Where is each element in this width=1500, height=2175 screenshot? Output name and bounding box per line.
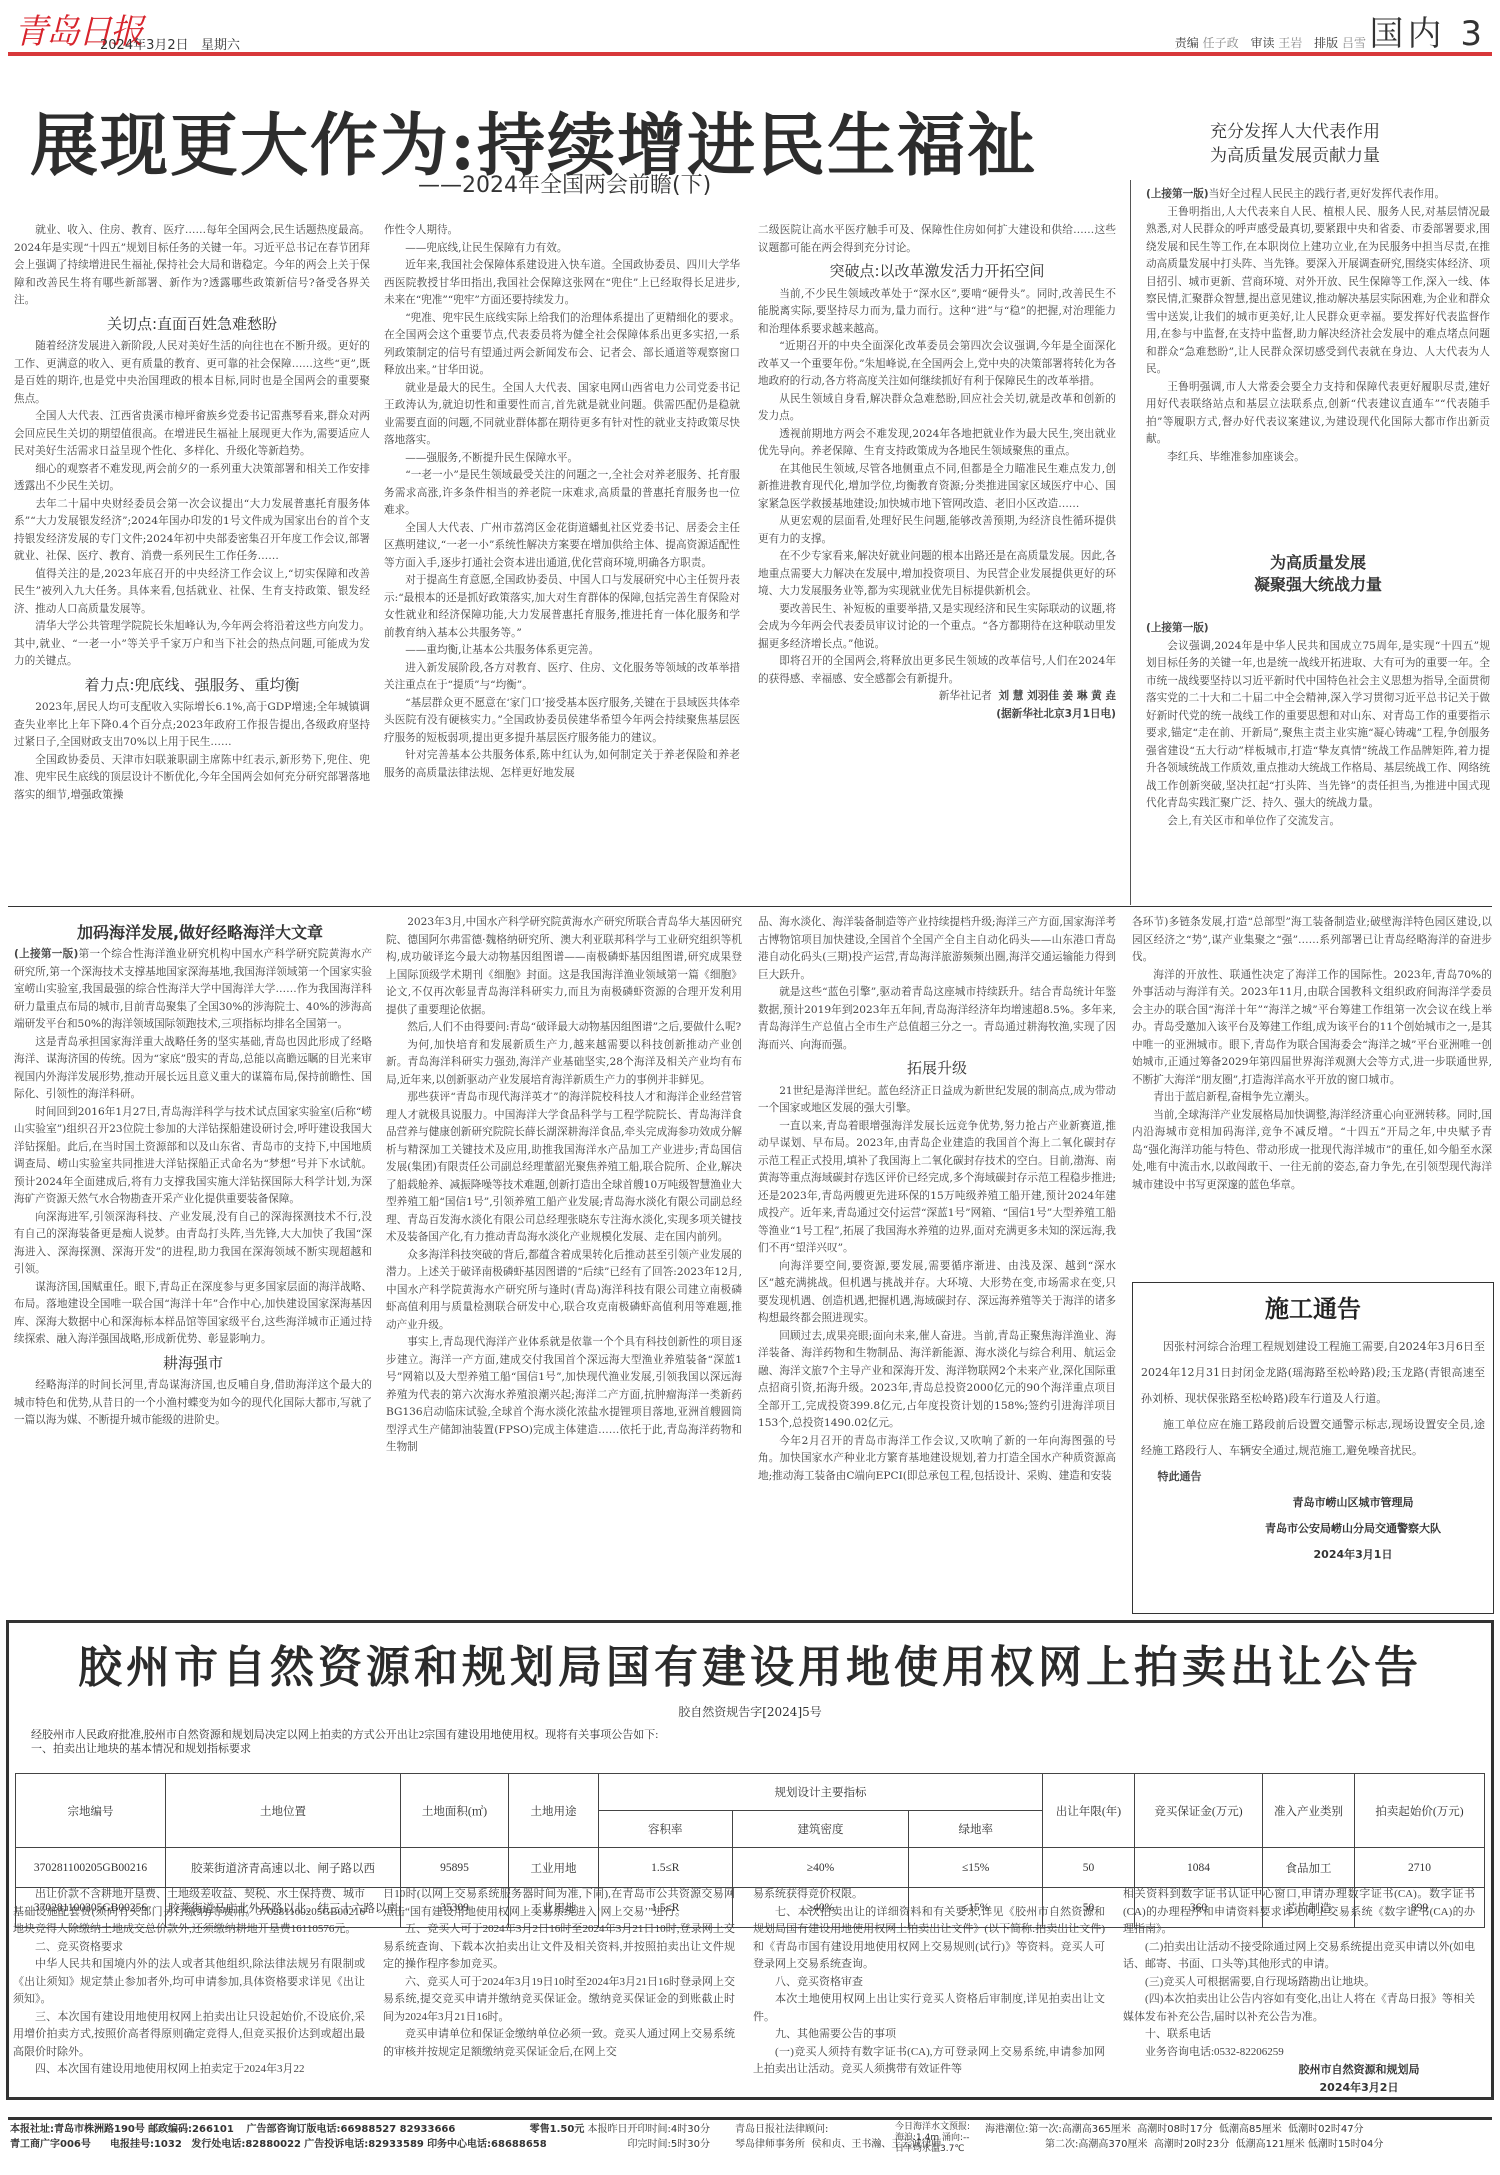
document-number: 胶自然资规告字[2024]5号 — [9, 1703, 1491, 1720]
auction-column-3: 易系统获得竞价权限。 七、本次拍卖出让的详细资料和有关要求,详见《胶州市自然资源… — [753, 1886, 1105, 2079]
side-article-body: (上接第一版)当好全过程人民民主的践行者,更好发挥代表作用。 王鲁明指出,人大代… — [1146, 186, 1490, 526]
subsection-heading: 关切点:直面百姓急难愁盼 — [14, 316, 370, 334]
land-auction-notice: 胶州市自然资源和规划局国有建设用地使用权网上拍卖出让公告 胶自然资规告字[202… — [6, 1620, 1494, 2100]
masthead: 青岛日报 2024年3月2日 星期六 责编 任子政 审读 王岩 排版 吕雪 国内… — [8, 0, 1492, 56]
issue-date: 2024年3月2日 星期六 — [100, 34, 240, 53]
construction-notice: 施工通告 因张村河综合治理工程规划建设工程施工需要,自2024年3月6日至202… — [1132, 1282, 1494, 1614]
united-front-title: 为高质量发展 凝聚强大统战力量 — [1146, 552, 1490, 596]
dateline: (据新华社北京3月1日电) — [758, 706, 1116, 724]
subsection-heading: 着力点:兜底线、强服务、重均衡 — [14, 677, 370, 695]
contact-phone: 业务咨询电话:0532-82206259 — [1123, 2044, 1475, 2062]
editor-credits: 责编 任子政 审读 王岩 排版 吕雪 — [1175, 34, 1374, 51]
notice-title: 施工通告 — [1141, 1289, 1485, 1324]
footer-rule — [8, 2117, 1492, 2120]
lead-column-3: 二级医院让高水平医疗触手可及、保障性住房如何扩大建设和供给……这些议题都可能在两… — [758, 222, 1116, 902]
subsection-heading: 拓展升级 — [758, 1060, 1116, 1078]
ocean-column-1: (上接第一版)第一个综合性海洋渔业研究机构中国水产科学研究院黄海水产研究所,第一… — [14, 946, 372, 1606]
lead-column-1: 就业、收入、住房、教育、医疗……每年全国两会,民生话题热度最高。2024年是实现… — [14, 222, 370, 902]
ocean-column-2: 2023年3月,中国水产科学研究院黄海水产研究所联合青岛华大基因研究院、德国阿尔… — [386, 914, 742, 1606]
section-label: 国内 3 — [1370, 6, 1486, 55]
ocean-column-4: 各环节)多链条发展,打造“总部型”海工装备制造业;破壁海洋特色园区建设,以园区经… — [1132, 914, 1492, 1274]
footer-publisher-info: 本报社址:青岛市株洲路190号 邮政编码:266101 广告部咨询订版电话:66… — [10, 2122, 547, 2152]
column-divider — [1130, 180, 1131, 905]
lead-column-2: 作性令人期待。 ——兜底线,让民生保障有力有效。 近年来,我国社会保障体系建设进… — [384, 222, 740, 902]
auction-title: 胶州市自然资源和规划局国有建设用地使用权网上拍卖出让公告 — [9, 1631, 1491, 1695]
auction-column-4: 相关资料到数字证书认证中心窗口,申请办理数字证书(CA)。数字证书(CA)的办理… — [1123, 1886, 1475, 2096]
auction-column-2: 日10时(以网上交易系统服务器时间为准,下同),在青岛市公共资源交易网点击“国有… — [383, 1886, 735, 2061]
masthead-rule — [8, 52, 1492, 56]
subsection-heading: 耕海强市 — [14, 1355, 372, 1373]
footer-tide-table: 海港潮位:第一次:高潮高365厘米 高潮时08时17分 低潮高85厘米 低潮时0… — [985, 2122, 1383, 2152]
side-article-title: 充分发挥人大代表作用 为高质量发展贡献力量 — [1210, 120, 1380, 168]
united-front-body: (上接第一版) 会议强调,2024年是中华人民共和国成立75周年,是实现“十四五… — [1146, 620, 1490, 900]
auction-column-1: 出让价款不含耕地开垦费、土地级差收益、契税、水土保持费、城市基础设施配套费(须向… — [13, 1886, 365, 2079]
footer-marine-forecast: 今日海洋水文预报: 海浪:1.4m 涌向:-- 日平均水温3.7℃ — [895, 2122, 970, 2155]
lead-subheadline: ——2024年全国两会前瞻(下) — [418, 168, 711, 199]
ocean-article-title: 加码海洋发展,做好经略海洋大文章 — [10, 920, 390, 943]
ocean-column-3: 品、海水淡化、海洋装备制造等产业持续提档升级;海洋三产方面,国家海洋考古博物馆项… — [758, 914, 1116, 1606]
subsection-heading: 突破点:以改革激发活力开拓空间 — [758, 263, 1116, 281]
table-row: 370281100205GB00216 胶莱街道济青高速以北、闸子路以西 958… — [16, 1848, 1485, 1888]
footer-print-info: 零售1.50元 本报昨日开印时间:4时30分 印完时间:5时30分 — [510, 2122, 710, 2152]
author-byline: 刘 慧 刘羽佳 姜 琳 黄 垚 — [999, 690, 1116, 702]
section-divider — [8, 906, 1492, 907]
